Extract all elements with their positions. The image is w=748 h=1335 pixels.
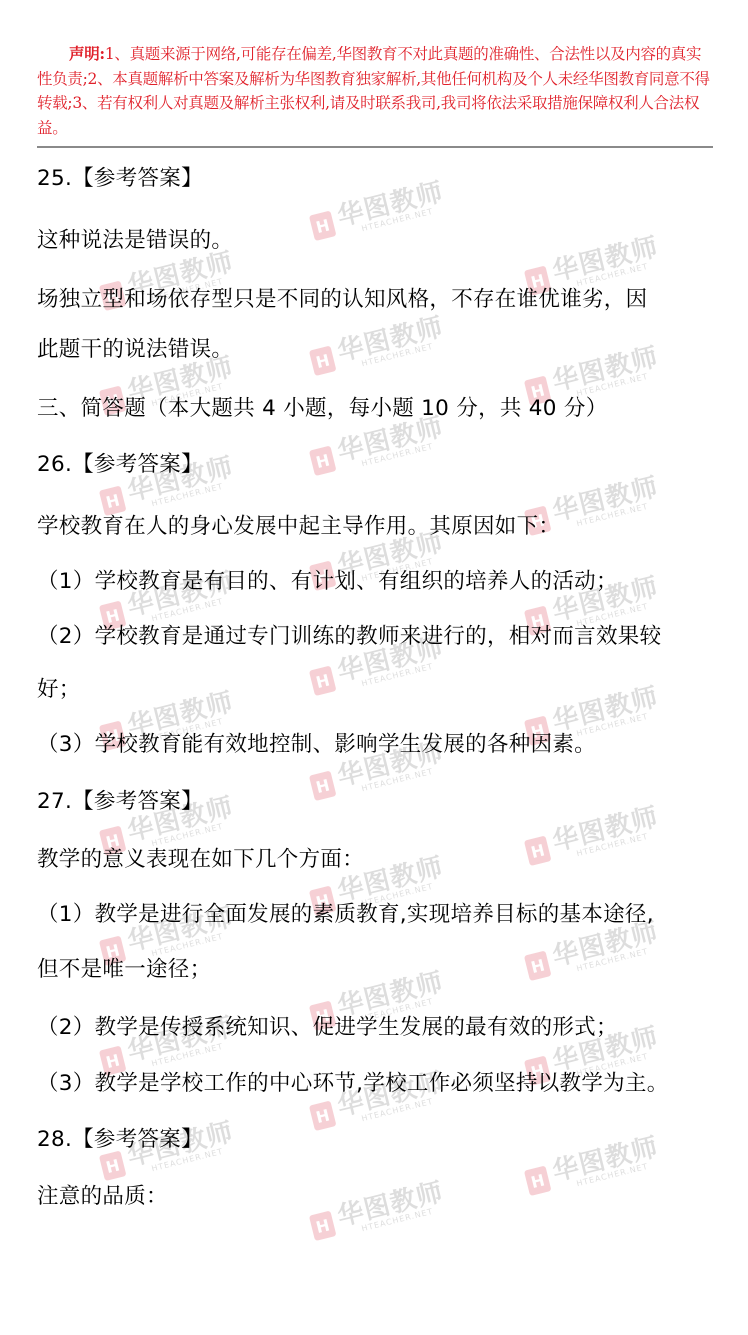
disclaimer-text: 1、真题来源于网络,可能存在偏差,华图教育不对此真题的准确性、合法性以及内容的真… bbox=[37, 45, 710, 137]
watermark-logo-icon: H bbox=[309, 1211, 337, 1242]
watermark-cn: 华图教师 bbox=[550, 1134, 661, 1185]
text-line: 学校教育在人的身心发展中起主导作用。其原因如下： bbox=[37, 513, 560, 541]
text-line: 好； bbox=[37, 676, 81, 704]
watermark-cn: 华图教师 bbox=[335, 969, 446, 1020]
watermark-logo-icon: H bbox=[309, 346, 337, 377]
watermark: H华图教师HTEACHER.NET bbox=[308, 314, 448, 380]
text-line: 三、简答题（本大题共 4 小题，每小题 10 分，共 40 分） bbox=[37, 395, 608, 423]
watermark-en: HTEACHER.NET bbox=[361, 439, 448, 468]
text-line: 这种说法是错误的。 bbox=[37, 227, 233, 255]
answer-heading: 27.【参考答案】 bbox=[37, 788, 203, 816]
text-line: （3）学校教育能有效地控制、影响学生发展的各种因素。 bbox=[37, 731, 596, 759]
watermark-en: HTEACHER.NET bbox=[576, 829, 663, 858]
watermark-en: HTEACHER.NET bbox=[576, 944, 663, 973]
disclaimer-label: 声明: bbox=[69, 44, 105, 63]
answer-heading: 26.【参考答案】 bbox=[37, 451, 203, 479]
watermark-en: HTEACHER.NET bbox=[361, 1204, 448, 1233]
watermark-cn: 华图教师 bbox=[335, 179, 446, 230]
separator-line bbox=[37, 146, 713, 148]
watermark-en: HTEACHER.NET bbox=[576, 259, 663, 288]
watermark-en: HTEACHER.NET bbox=[361, 1094, 448, 1123]
watermark-en: HTEACHER.NET bbox=[361, 204, 448, 233]
watermark-logo-icon: H bbox=[99, 486, 127, 517]
text-line: （2）学校教育是通过专门训练的教师来进行的，相对而言效果较 bbox=[37, 623, 661, 651]
watermark-en: HTEACHER.NET bbox=[151, 479, 238, 508]
watermark-en: HTEACHER.NET bbox=[151, 1039, 238, 1068]
watermark-cn: 华图教师 bbox=[550, 474, 661, 525]
disclaimer: 声明:1、真题来源于网络,可能存在偏差,华图教育不对此真题的准确性、合法性以及内… bbox=[37, 42, 713, 140]
text-line: 教学的意义表现在如下几个方面： bbox=[37, 846, 364, 874]
watermark-logo-icon: H bbox=[524, 836, 552, 867]
watermark-cn: 华图教师 bbox=[550, 344, 661, 395]
text-line: 注意的品质： bbox=[37, 1183, 168, 1211]
watermark-logo-icon: H bbox=[309, 771, 337, 802]
watermark-cn: 华图教师 bbox=[550, 804, 661, 855]
watermark: H华图教师HTEACHER.NET bbox=[308, 414, 448, 480]
watermark-cn: 华图教师 bbox=[335, 314, 446, 365]
watermark-cn: 华图教师 bbox=[550, 684, 661, 735]
watermark-logo-icon: H bbox=[309, 666, 337, 697]
watermark-en: HTEACHER.NET bbox=[576, 499, 663, 528]
watermark-cn: 华图教师 bbox=[550, 234, 661, 285]
watermark: H华图教师HTEACHER.NET bbox=[523, 1134, 663, 1200]
text-line: （1）学校教育是有目的、有计划、有组织的培养人的活动； bbox=[37, 568, 618, 596]
watermark-logo-icon: H bbox=[309, 211, 337, 242]
watermark-en: HTEACHER.NET bbox=[576, 369, 663, 398]
watermark: H华图教师HTEACHER.NET bbox=[308, 179, 448, 245]
watermark-logo-icon: H bbox=[309, 1101, 337, 1132]
watermark-logo-icon: H bbox=[524, 951, 552, 982]
text-line: 此题干的说法错误。 bbox=[37, 336, 233, 364]
watermark-en: HTEACHER.NET bbox=[361, 764, 448, 793]
watermark-en: HTEACHER.NET bbox=[151, 819, 238, 848]
watermark-en: HTEACHER.NET bbox=[151, 594, 238, 623]
watermark-logo-icon: H bbox=[99, 1151, 127, 1182]
text-line: （2）教学是传授系统知识、促进学生发展的最有效的形式； bbox=[37, 1014, 618, 1042]
text-line: （1）教学是进行全面发展的素质教育,实现培养目标的基本途径, bbox=[37, 901, 654, 929]
watermark: H华图教师HTEACHER.NET bbox=[523, 804, 663, 870]
watermark-en: HTEACHER.NET bbox=[361, 659, 448, 688]
text-line: （3）教学是学校工作的中心环节,学校工作必须坚持以教学为主。 bbox=[37, 1070, 669, 1098]
watermark-cn: 华图教师 bbox=[335, 1179, 446, 1230]
watermark-logo-icon: H bbox=[309, 446, 337, 477]
text-line: 场独立型和场依存型只是不同的认知风格，不存在谁优谁劣，因 bbox=[37, 286, 647, 314]
watermark-en: HTEACHER.NET bbox=[361, 339, 448, 368]
watermark: H华图教师HTEACHER.NET bbox=[308, 1179, 448, 1245]
watermark-en: HTEACHER.NET bbox=[576, 1159, 663, 1188]
answer-heading: 25.【参考答案】 bbox=[37, 165, 203, 193]
text-line: 但不是唯一途径； bbox=[37, 956, 211, 984]
watermark-en: HTEACHER.NET bbox=[151, 929, 238, 958]
answer-heading: 28.【参考答案】 bbox=[37, 1126, 203, 1154]
watermark-logo-icon: H bbox=[524, 1166, 552, 1197]
